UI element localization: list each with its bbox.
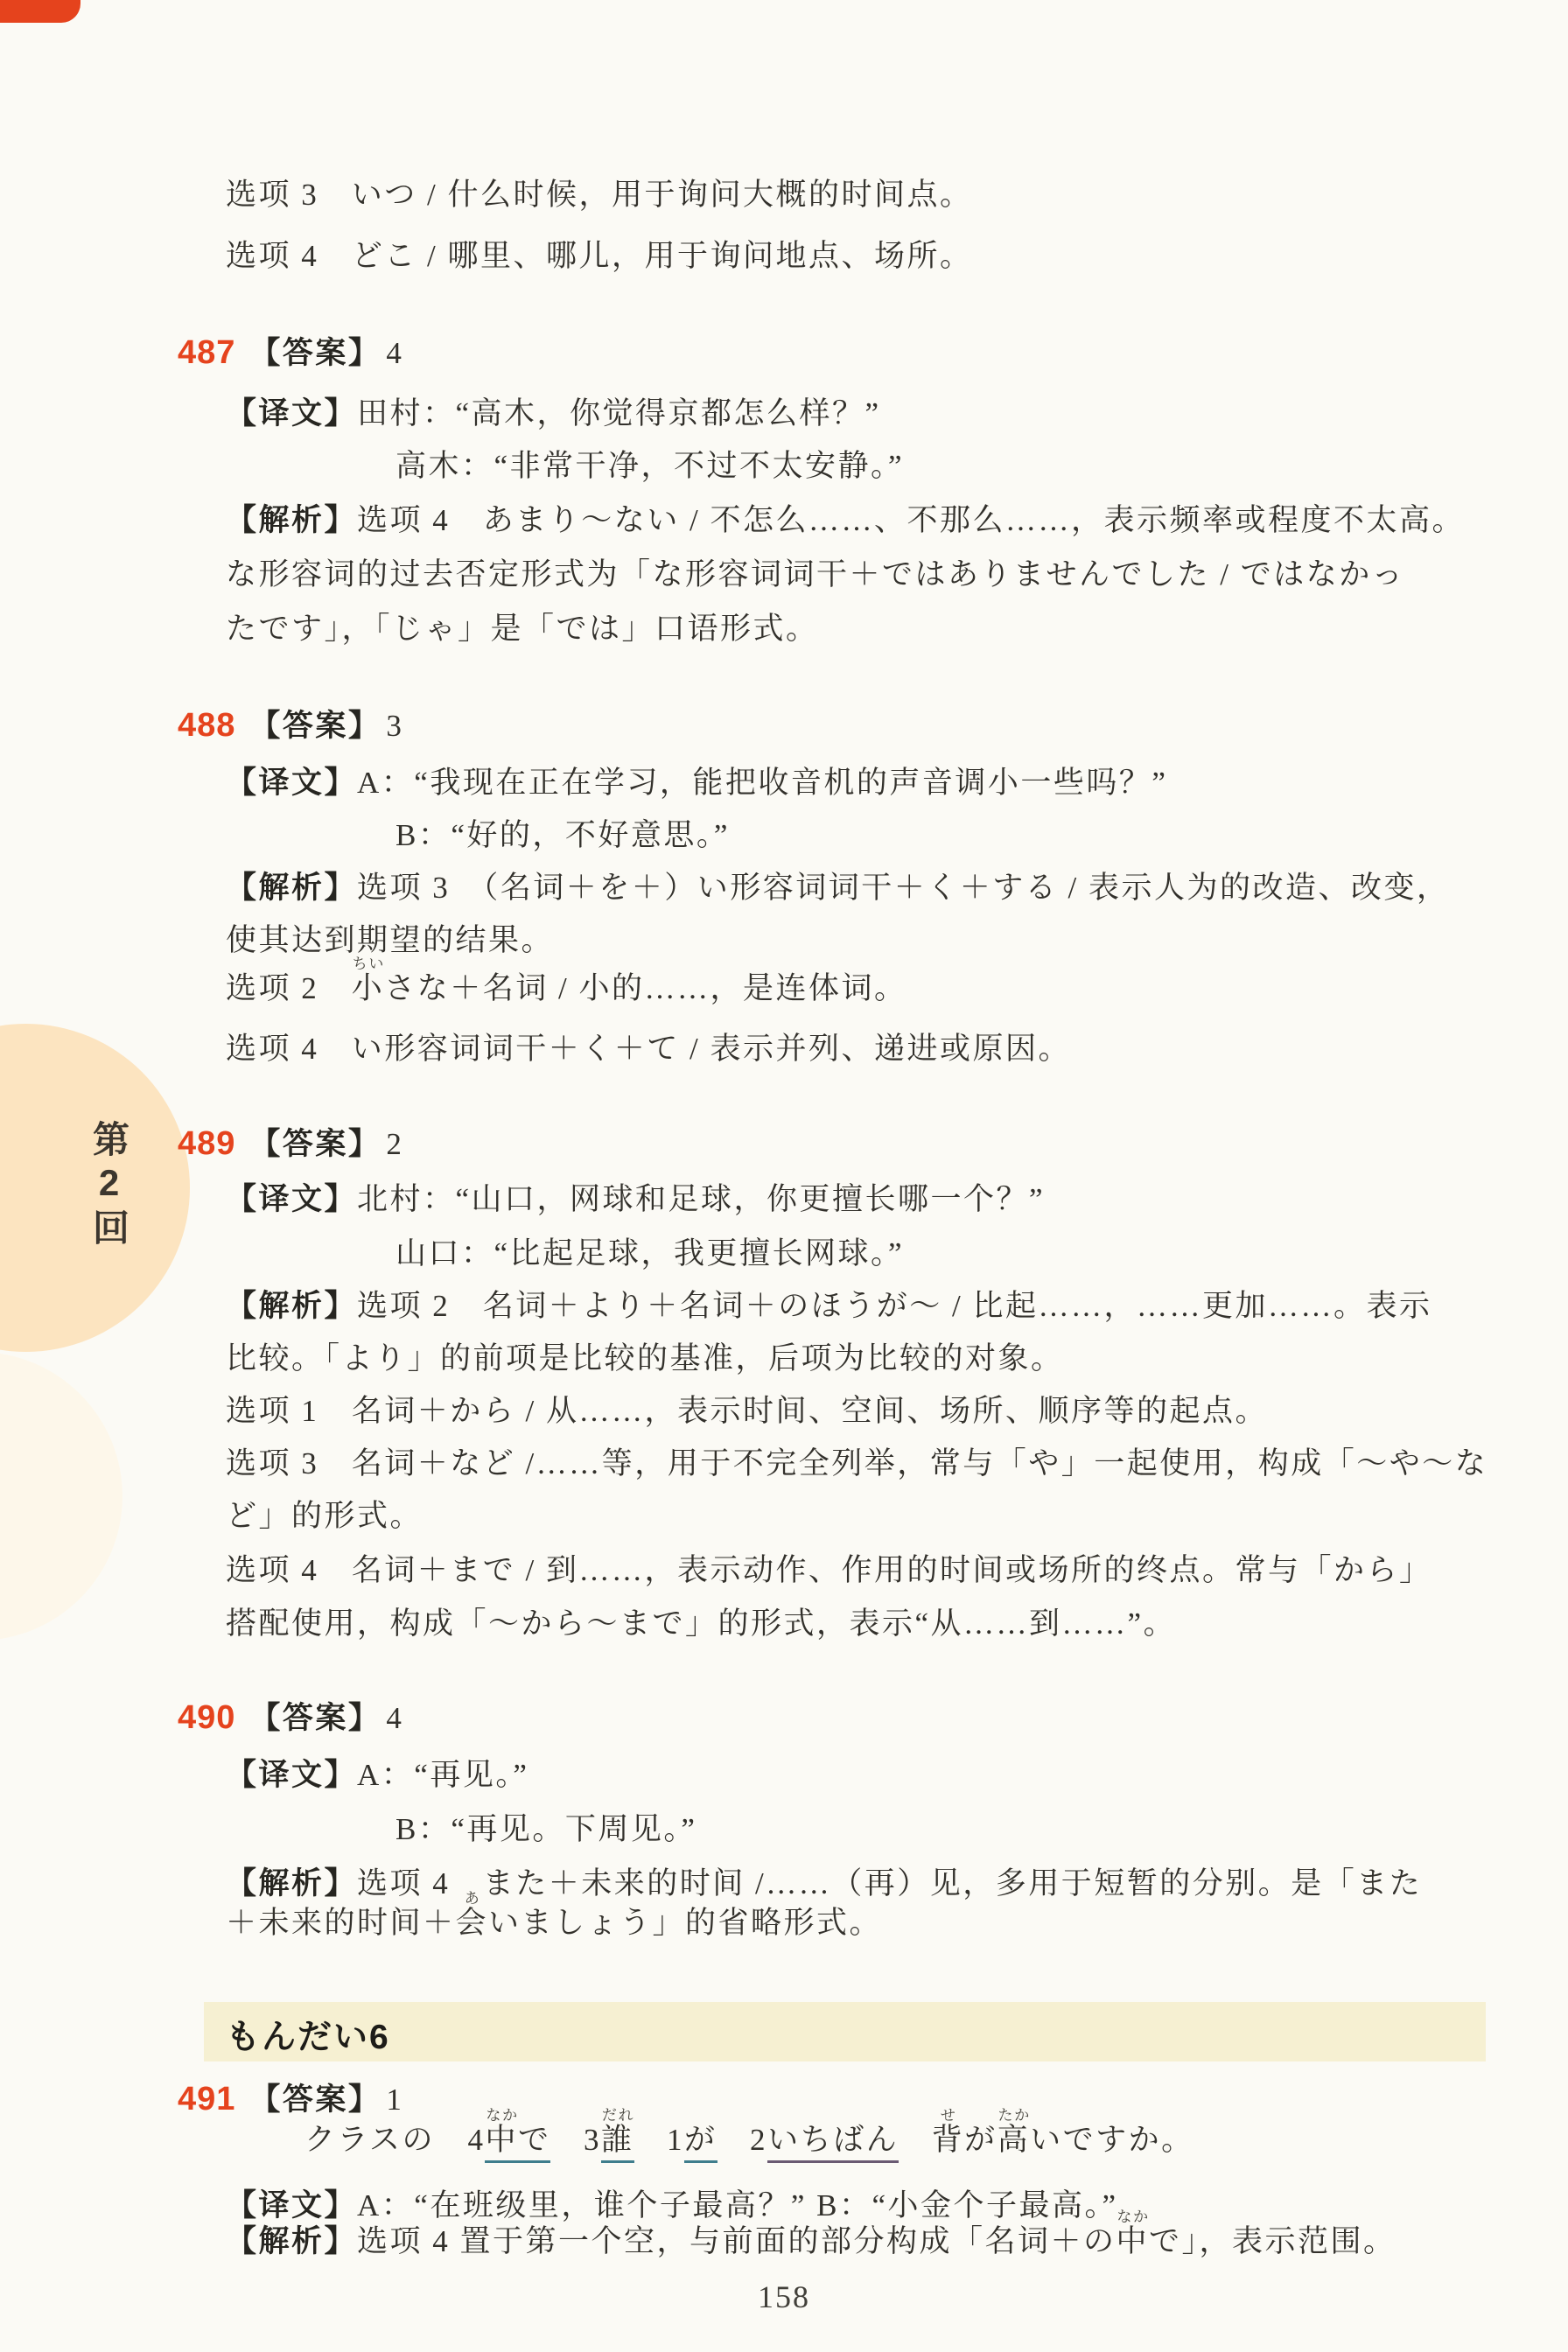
analysis-text: 搭配使用，构成「～から～まで」的形式，表示“从……到……”。 — [226, 1606, 1176, 1641]
ruby-base: 中 — [485, 2123, 518, 2157]
translation-line: 【译文】田村：“高木，你觉得京都怎么样？” — [226, 392, 881, 436]
ruby-annotation: 中なか — [1116, 2224, 1150, 2258]
analysis-text: 选项 4 名词＋まで / 到……，表示动作、作用的时间或场所的终点。常与「から」 — [226, 1553, 1431, 1587]
translation-label: 【译文】 — [226, 1758, 357, 1792]
underlined-word: 中なかで — [485, 2123, 550, 2163]
analysis-text: たです」，「じゃ」是「では」口语形式。 — [226, 612, 819, 646]
book-page: 第2回 选项 3 いつ / 什么时候，用于询问大概的时间点。 选项 4 どこ /… — [0, 0, 1568, 2352]
analysis-text: ど」的形式。 — [226, 1499, 423, 1533]
analysis-label: 【解析】 — [226, 871, 357, 905]
underlined-word: が — [684, 2123, 717, 2163]
analysis-label: 【解析】 — [226, 503, 357, 537]
analysis-line: 【解析】选项 4 あまり～ない / 不怎么……、不那么……，表示频率或程度不太高… — [226, 499, 1465, 542]
translation-line: 【译文】A：“我现在正在学习，能把收音机的声音调小一些吗？” — [226, 761, 1167, 805]
analysis-text: な形容词的过去否定形式为「な形容词词干＋ではありませんでした / ではなかっ — [226, 557, 1404, 591]
ruby-annotation: 小ちい — [352, 971, 385, 1005]
analysis-label: 【解析】 — [226, 1289, 357, 1323]
analysis-line: 【解析】选项 2 名词＋より＋名词＋のほうが～ / 比起……，……更加……。表示 — [226, 1284, 1432, 1328]
analysis-text: 选项 3 名词＋など /……等，用于不完全列举，常与「や」一起使用，构成「～や～… — [226, 1446, 1487, 1480]
answer-label: 【答案】 — [249, 709, 381, 743]
analysis-line: 选项 2 小ちいさな＋名词 / 小的……，是连体词。 — [226, 955, 907, 1011]
chapter-tab-label: 第2回 — [82, 1120, 135, 1250]
option-note-text: 选项 3 いつ / 什么时候，用于询问大概的时间点。 — [226, 178, 972, 212]
sentence-text — [899, 2123, 932, 2157]
analysis-text: 比较。「より」的前项是比较的基准，后项为比较的对象。 — [226, 1341, 1064, 1375]
ruby-base: 小 — [352, 971, 385, 1005]
sentence-text: クラスの 4 — [304, 2123, 485, 2157]
question-490-header: 490【答案】4 — [178, 1696, 403, 1740]
analysis-text: で」，表示范围。 — [1149, 2224, 1396, 2258]
question-number: 487 — [178, 334, 235, 371]
analysis-line: 选项 1 名词＋から / 从……，表示时间、空间、场所、顺序等的起点。 — [226, 1389, 1268, 1433]
ruby-base: 中 — [1116, 2224, 1150, 2258]
question-489-header: 489【答案】2 — [178, 1122, 403, 1166]
ruby-base: 高 — [997, 2123, 1031, 2157]
ruby-base: 背 — [932, 2123, 965, 2157]
ruby-annotation: 中なか — [485, 2123, 518, 2157]
ruby-reading: なか — [485, 2107, 518, 2124]
translation-text: 山口：“比起足球，我更擅长网球。” — [395, 1236, 904, 1270]
analysis-text: いましょう」的省略形式。 — [488, 1906, 882, 1940]
translation-text: B：“再见。下周见。” — [395, 1812, 696, 1846]
ruby-reading: せ — [932, 2107, 965, 2124]
ruby-reading: あ — [456, 1890, 489, 1907]
analysis-text: 选项 4 あまり～ない / 不怎么……、不那么……，表示频率或程度不太高。 — [357, 503, 1465, 537]
question-488-header: 488【答案】3 — [178, 703, 403, 748]
answer-label: 【答案】 — [249, 336, 381, 370]
sentence-text: 1 — [634, 2123, 685, 2157]
answer-label: 【答案】 — [249, 1127, 381, 1161]
translation-line: B：“再见。下周见。” — [395, 1808, 696, 1851]
analysis-line: 搭配使用，构成「～から～まで」的形式，表示“从……到……”。 — [226, 1602, 1176, 1646]
corner-red-mark — [0, 0, 80, 23]
underlined-word: 誰だれ — [601, 2123, 634, 2163]
question-number: 488 — [178, 707, 235, 744]
answer-value: 2 — [386, 1127, 403, 1161]
answer-value: 4 — [386, 1701, 403, 1735]
sentence-text: いですか。 — [1030, 2123, 1194, 2157]
sentence-text: 2 — [717, 2123, 768, 2157]
analysis-text: 选项 2 — [226, 971, 352, 1005]
ruby-annotation: 高たか — [997, 2123, 1031, 2157]
ruby-annotation: 会あ — [456, 1906, 489, 1940]
translation-label: 【译文】 — [226, 1182, 357, 1216]
sentence-text: 3 — [550, 2123, 601, 2157]
answer-value: 3 — [386, 709, 403, 743]
answer-label: 【答案】 — [249, 1701, 381, 1735]
ruby-base: 会 — [456, 1906, 489, 1940]
analysis-text: 选项 4 い形容词词干＋く＋て / 表示并列、递进或原因。 — [226, 1032, 1071, 1066]
analysis-line: 选项 4 名词＋まで / 到……，表示动作、作用的时间或场所的终点。常与「から」 — [226, 1549, 1431, 1592]
analysis-text: ＋未来的时间＋ — [226, 1906, 456, 1940]
analysis-text: 选项 3 （名词＋を＋）い形容词词干＋く＋する / 表示人为的改造、改变， — [357, 871, 1449, 905]
option-note-line: 选项 4 どこ / 哪里、哪儿，用于询问地点、场所。 — [226, 234, 972, 278]
translation-text: 田村：“高木，你觉得京都怎么样？” — [357, 396, 881, 430]
analysis-text: 使其达到期望的结果。 — [226, 923, 554, 957]
analysis-label: 【解析】 — [226, 2224, 357, 2258]
question-sentence-line: クラスの 4中なかで 3誰だれ 1が 2いちばん 背せが高たかいですか。 — [304, 2107, 1194, 2162]
translation-text: A：“我现在正在学习，能把收音机的声音调小一些吗？” — [357, 766, 1167, 800]
option-note-line: 选项 3 いつ / 什么时候，用于询问大概的时间点。 — [226, 173, 972, 217]
sentence-text: で — [518, 2123, 551, 2157]
answer-value: 4 — [386, 336, 403, 370]
ruby-reading: たか — [997, 2107, 1031, 2124]
chapter-tab-circle-faint — [0, 1352, 122, 1641]
analysis-line: 选项 4 い形容词词干＋く＋て / 表示并列、递进或原因。 — [226, 1027, 1071, 1071]
ruby-base: 誰 — [601, 2123, 634, 2157]
analysis-line: 【解析】选项 4 置于第一个空，与前面的部分构成「名词＋の中なかで」，表示范围。 — [226, 2208, 1396, 2264]
analysis-line: 【解析】选项 3 （名词＋を＋）い形容词词干＋く＋する / 表示人为的改造、改变… — [226, 866, 1450, 910]
analysis-line: たです」，「じゃ」是「では」口语形式。 — [226, 607, 819, 651]
ruby-reading: なか — [1116, 2208, 1150, 2225]
translation-line: 【译文】北村：“山口，网球和足球，你更擅长哪一个？” — [226, 1178, 1045, 1221]
translation-text: A：“再见。” — [357, 1758, 528, 1792]
translation-label: 【译文】 — [226, 766, 357, 800]
translation-line: B：“好的，不好意思。” — [395, 814, 730, 857]
analysis-text: 选项 4 置于第一个空，与前面的部分构成「名词＋の — [357, 2224, 1116, 2258]
analysis-text: 选项 1 名词＋から / 从……，表示时间、空间、场所、顺序等的起点。 — [226, 1394, 1268, 1428]
translation-line: 【译文】A：“再见。” — [226, 1753, 528, 1797]
analysis-line: な形容词的过去否定形式为「な形容词词干＋ではありませんでした / ではなかっ — [226, 553, 1404, 597]
translation-line: 山口：“比起足球，我更擅长网球。” — [395, 1232, 904, 1276]
underlined-word: いちばん — [767, 2123, 899, 2163]
translation-line: 高木：“非常干净，不过不太安静。” — [395, 444, 904, 488]
question-number: 490 — [178, 1699, 235, 1736]
page-number: 158 — [0, 2278, 1568, 2315]
analysis-line: ど」的形式。 — [226, 1494, 423, 1538]
translation-label: 【译文】 — [226, 396, 357, 430]
analysis-line: 比较。「より」的前项是比较的基准，后项为比较的对象。 — [226, 1337, 1064, 1381]
analysis-text: 选项 2 名词＋より＋名词＋のほうが～ / 比起……，……更加……。表示 — [357, 1289, 1431, 1323]
analysis-text: さな＋名词 / 小的……，是连体词。 — [384, 971, 906, 1005]
ruby-reading: ちい — [352, 955, 385, 972]
section-header-title: もんだい6 — [226, 2010, 390, 2059]
ruby-reading: だれ — [601, 2107, 634, 2124]
translation-text: 北村：“山口，网球和足球，你更擅长哪一个？” — [357, 1182, 1045, 1216]
question-487-header: 487【答案】4 — [178, 331, 403, 375]
translation-text: B：“好的，不好意思。” — [395, 818, 730, 852]
question-number: 489 — [178, 1125, 235, 1162]
ruby-annotation: 背せ — [932, 2123, 965, 2157]
translation-text: 高木：“非常干净，不过不太安静。” — [395, 449, 904, 483]
analysis-line: 选项 3 名词＋など /……等，用于不完全列举，常与「や」一起使用，构成「～や～… — [226, 1442, 1487, 1486]
question-number: 491 — [178, 2081, 235, 2117]
option-note-text: 选项 4 どこ / 哪里、哪儿，用于询问地点、场所。 — [226, 239, 972, 273]
analysis-line: ＋未来的时间＋会あいましょう」的省略形式。 — [226, 1890, 882, 1945]
sentence-text: が — [964, 2123, 997, 2157]
section-header-band — [204, 2002, 1486, 2061]
ruby-annotation: 誰だれ — [601, 2123, 634, 2157]
